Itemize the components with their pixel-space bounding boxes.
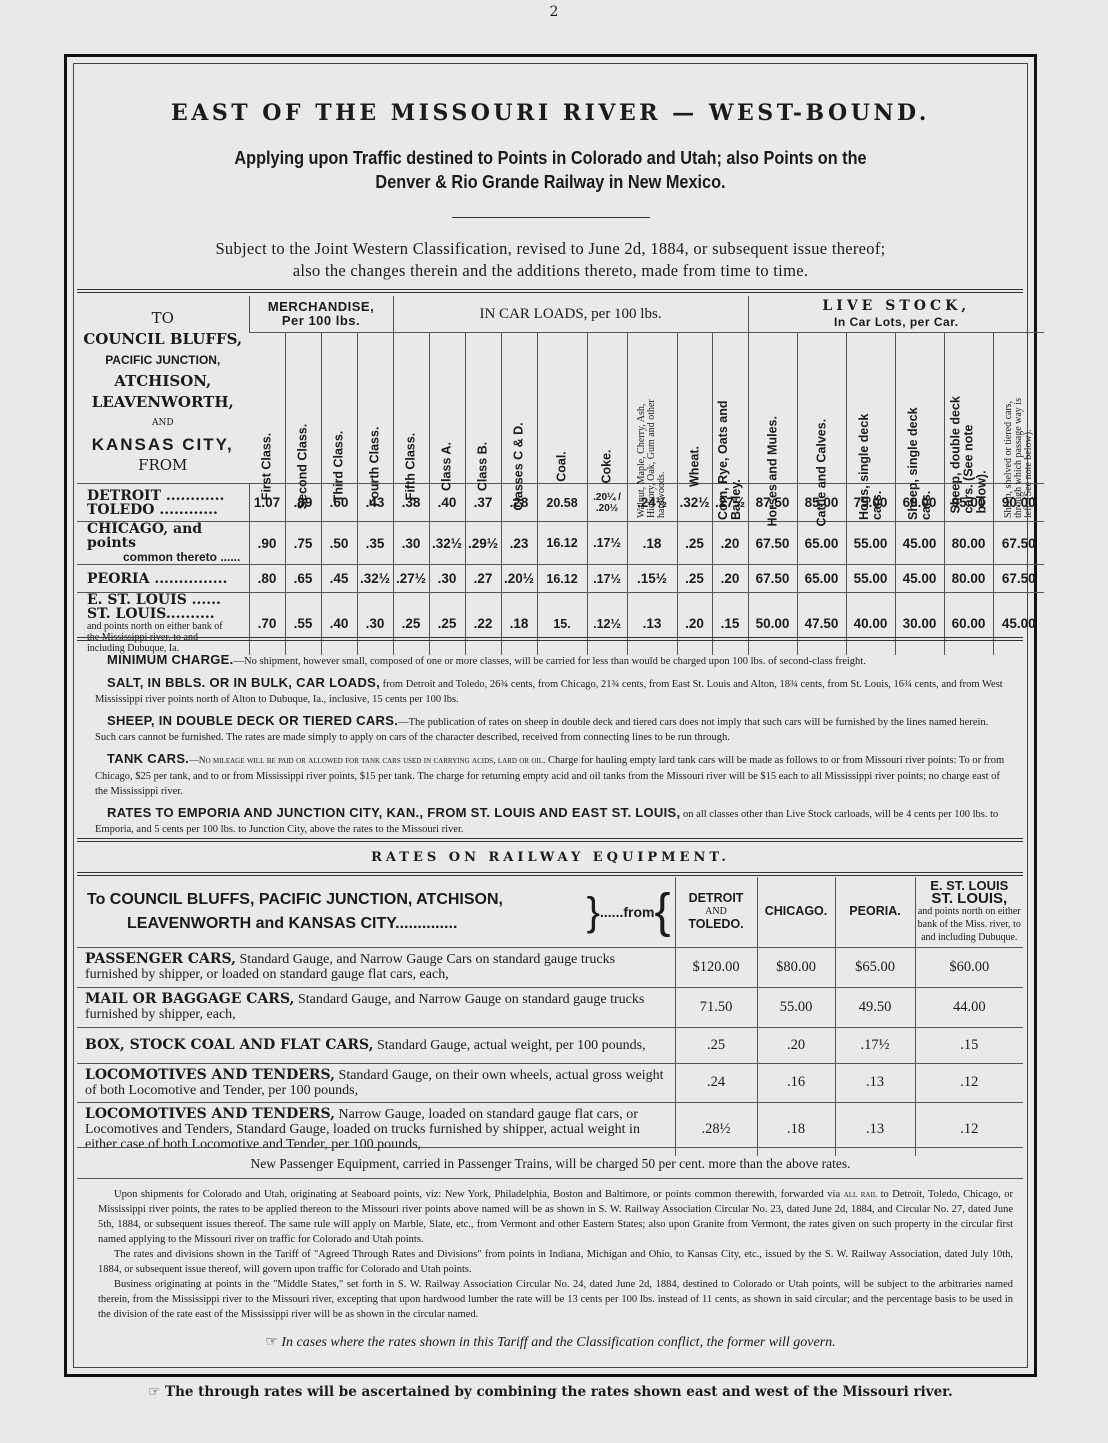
column-header: Coke. — [587, 333, 627, 484]
tank-caps: —No mileage will be paid or allowed for … — [189, 756, 545, 766]
equipment-to-line-1: To COUNCIL BLUFFS, PACIFIC JUNCTION, ATC… — [87, 888, 587, 912]
equipment-to-line-2: LEAVENWORTH and KANSAS CITY.............… — [87, 912, 587, 936]
brace-icon: { — [654, 892, 674, 932]
equipment-type-label: MAIL OR BAGGAGE CARS, — [85, 991, 294, 1007]
equipment-row: MAIL OR BAGGAGE CARS, Standard Gauge, an… — [77, 987, 1023, 1027]
subtitle: Applying upon Traffic destined to Points… — [130, 146, 970, 194]
rate-cell: .40 — [321, 593, 357, 655]
column-header-label: Class A. — [441, 442, 454, 491]
rate-cell: .55 — [285, 593, 321, 655]
merchandise-label: MERCHANDISE, — [250, 300, 393, 314]
st-louis-label: ST. LOUIS, — [916, 892, 1024, 905]
tank-label: TANK CARS. — [107, 751, 189, 766]
equipment-rate-cell: $80.00 — [757, 947, 835, 987]
livestock-sub: In Car Lots, per Car. — [749, 314, 1045, 330]
equipment-description: MAIL OR BAGGAGE CARS, Standard Gauge, an… — [77, 987, 675, 1027]
column-header-label: Hogs, single deck cars. — [858, 400, 884, 520]
origin-line-1: E. ST. LOUIS ...... — [87, 593, 249, 607]
subject-note: Subject to the Joint Western Classificat… — [73, 238, 1028, 282]
footer-notes: Upon shipments for Colorado and Utah, or… — [98, 1187, 1013, 1322]
subject-line-2: also the changes therein and the additio… — [73, 260, 1028, 282]
table-row: CHICAGO, and pointscommon thereto ......… — [77, 522, 1044, 565]
rates-table: TO COUNCIL BLUFFS, PACIFIC JUNCTION, ATC… — [77, 296, 1044, 655]
rate-cell: 80.00 — [944, 565, 993, 593]
origin-line-1: PEORIA ............... — [87, 572, 249, 586]
column-header: Hogs, single deck cars. — [846, 333, 895, 484]
column-header-label: Coal. — [556, 451, 569, 482]
subtitle-line-2: Denver & Rio Grande Railway in New Mexic… — [130, 170, 970, 194]
equipment-rate-cell: 44.00 — [915, 987, 1023, 1027]
from-label: FROM — [77, 455, 249, 476]
rate-cell: .35 — [357, 522, 393, 565]
equipment-rate-cell: 71.50 — [675, 987, 757, 1027]
equipment-row: PASSENGER CARS, Standard Gauge, and Narr… — [77, 947, 1023, 987]
livestock-group-header: LIVE STOCK, In Car Lots, per Car. — [748, 296, 1044, 333]
rate-cell: .90 — [249, 522, 285, 565]
column-header: Classes C & D. — [501, 333, 537, 484]
column-header-label: Fourth Class. — [369, 427, 382, 507]
col-st-louis: E. ST. LOUIS ST. LOUIS, and points north… — [915, 877, 1023, 947]
rate-cell: 67.50 — [748, 522, 797, 565]
equipment-top-rule — [77, 838, 1023, 842]
rate-cell: .65 — [285, 565, 321, 593]
column-header: Wheat. — [677, 333, 712, 484]
column-header-label: Walnut, Maple, Cherry, Ash, Hickory, Oak… — [637, 398, 667, 518]
equipment-rate-cell: .24 — [675, 1063, 757, 1102]
column-header-label: Sheep, double deck cars. (See note below… — [949, 394, 988, 514]
st-louis-note: and points north on either bank of the M… — [916, 905, 1024, 944]
sheep-label: SHEEP, IN DOUBLE DECK OR TIERED CARS. — [107, 713, 398, 728]
column-header-label: Coke. — [601, 449, 614, 483]
equipment-rate-cell: $65.00 — [835, 947, 915, 987]
rate-cell: .29½ — [465, 522, 501, 565]
note-tank-cars: TANK CARS.—No mileage will be paid or al… — [95, 751, 1010, 799]
equipment-description: BOX, STOCK COAL AND FLAT CARS, Standard … — [77, 1027, 675, 1063]
equipment-header-rule — [77, 872, 1023, 876]
table-row: E. ST. LOUIS ......ST. LOUIS..........an… — [77, 593, 1044, 655]
equipment-rate-cell: $120.00 — [675, 947, 757, 987]
rate-cell: .20 — [677, 593, 712, 655]
rate-cell: .25 — [429, 593, 465, 655]
to-label: TO — [77, 308, 249, 329]
equipment-rate-cell: 55.00 — [757, 987, 835, 1027]
column-header: Coal. — [537, 333, 587, 484]
column-header: Fourth Class. — [357, 333, 393, 484]
note-minimum-charge: MINIMUM CHARGE.—No shipment, however sma… — [95, 652, 1010, 669]
dest-council-bluffs: COUNCIL BLUFFS, — [77, 329, 249, 350]
rate-cell: 55.00 — [846, 565, 895, 593]
table-bottom-rule — [77, 637, 1023, 641]
column-header: Second Class. — [285, 333, 321, 484]
rate-cell: 45.00 — [895, 522, 944, 565]
origin-line-1: CHICAGO, and points — [87, 522, 249, 550]
subject-line-1: Subject to the Joint Western Classificat… — [73, 238, 1028, 260]
equipment-rate-cell: .20 — [757, 1027, 835, 1063]
rate-cell: 67.50 — [993, 522, 1044, 565]
rate-cell: 65.00 — [797, 565, 846, 593]
column-header: Sheep, double deck cars. (See note below… — [944, 333, 993, 484]
column-header-label: Sheep, single deck cars. — [907, 400, 933, 520]
footer-rule — [77, 1178, 1023, 1179]
column-header: Walnut, Maple, Cherry, Ash, Hickory, Oak… — [627, 333, 677, 484]
col-detroit-toledo: DETROIT AND TOLEDO. — [675, 877, 757, 947]
rate-cell: .25 — [393, 593, 429, 655]
rate-cell: .20 — [712, 565, 748, 593]
rate-cell: 40.00 — [846, 593, 895, 655]
equipment-row: BOX, STOCK COAL AND FLAT CARS, Standard … — [77, 1027, 1023, 1063]
conflict-note: ☞ In cases where the rates shown in this… — [73, 1334, 1028, 1351]
footer-paragraph-3: Business originating at points in the "M… — [98, 1277, 1013, 1322]
equipment-rate-cell: .13 — [835, 1063, 915, 1102]
rate-cell: .27 — [465, 565, 501, 593]
rate-cell: .32½ — [429, 522, 465, 565]
page-title: EAST OF THE MISSOURI RIVER — WEST-BOUND. — [73, 100, 1028, 126]
rate-cell: .20 — [712, 522, 748, 565]
column-header-label: Fifth Class. — [405, 433, 418, 500]
rate-cell: 60.00 — [944, 593, 993, 655]
rate-cell: .12½ — [587, 593, 627, 655]
column-header: Sheep, shelved or tiered cars, through w… — [993, 333, 1044, 484]
livestock-label: LIVE STOCK, — [749, 298, 1045, 314]
table-top-rule — [77, 289, 1023, 293]
column-header: Cattle and Calves. — [797, 333, 846, 484]
conflict-text: In cases where the rates shown in this T… — [281, 1335, 835, 1350]
destination-header: TO COUNCIL BLUFFS, PACIFIC JUNCTION, ATC… — [77, 296, 249, 484]
equipment-description: LOCOMOTIVES AND TENDERS, Standard Gauge,… — [77, 1063, 675, 1102]
column-header: Class B. — [465, 333, 501, 484]
rate-cell: .15½ — [627, 565, 677, 593]
divider — [452, 217, 650, 218]
row-origin-label: E. ST. LOUIS ......ST. LOUIS..........an… — [77, 593, 249, 655]
equipment-table: To COUNCIL BLUFFS, PACIFIC JUNCTION, ATC… — [77, 877, 1023, 1156]
col-chicago: CHICAGO. — [757, 877, 835, 947]
column-header-label: Class B. — [477, 442, 490, 491]
rate-cell: .30 — [357, 593, 393, 655]
footer-p1-a: Upon shipments for Colorado and Utah, or… — [114, 1189, 844, 1200]
minimum-charge-label: MINIMUM CHARGE. — [107, 652, 234, 667]
column-header-label: Sheep, shelved or tiered cars, through w… — [1004, 398, 1034, 518]
and-label: AND — [77, 413, 249, 434]
minimum-charge-text: —No shipment, however small, composed of… — [234, 656, 866, 667]
rate-cell: .23 — [501, 522, 537, 565]
rate-cell: .50 — [321, 522, 357, 565]
footer-p1-caps: all rail — [844, 1189, 877, 1200]
note-emporia: RATES TO EMPORIA AND JUNCTION CITY, KAN.… — [95, 805, 1010, 837]
origin-line-2: ST. LOUIS.......... — [87, 607, 249, 621]
table-row: PEORIA ................80.65.45.32½.27½.… — [77, 565, 1044, 593]
rate-cell: .17½ — [587, 522, 627, 565]
rate-cell: 67.50 — [748, 565, 797, 593]
column-header-label: Corn, Rye, Oats and Barley. — [717, 400, 743, 520]
rate-cell: .70 — [249, 593, 285, 655]
origin-line-2: TOLEDO ............ — [87, 503, 249, 517]
rate-cell: .13 — [627, 593, 677, 655]
dest-pacific-junction: PACIFIC JUNCTION, — [77, 350, 249, 371]
column-header-label: Wheat. — [688, 446, 701, 487]
rate-cell: 16.12 — [537, 565, 587, 593]
subtitle-line-1: Applying upon Traffic destined to Points… — [130, 146, 970, 170]
dest-kansas-city: KANSAS CITY, — [77, 434, 249, 455]
rate-cell: .27½ — [393, 565, 429, 593]
equipment-from-label: ......from — [600, 900, 654, 924]
column-header-label: Third Class. — [333, 431, 346, 503]
rate-cell: .45 — [321, 565, 357, 593]
rate-cell: .30 — [429, 565, 465, 593]
page-number: 2 — [0, 4, 1108, 20]
equipment-destination-header: To COUNCIL BLUFFS, PACIFIC JUNCTION, ATC… — [77, 877, 675, 947]
column-header: Third Class. — [321, 333, 357, 484]
equipment-type-label: LOCOMOTIVES AND TENDERS, — [85, 1106, 335, 1122]
rate-cell: .32½ — [357, 565, 393, 593]
row-origin-label: CHICAGO, and pointscommon thereto ...... — [77, 522, 249, 565]
rate-cell: 55.00 — [846, 522, 895, 565]
notes-section: MINIMUM CHARGE.—No shipment, however sma… — [95, 652, 1010, 843]
rate-cell: 30.00 — [895, 593, 944, 655]
merchandise-group-header: MERCHANDISE, Per 100 lbs. — [249, 296, 393, 333]
note-sheep: SHEEP, IN DOUBLE DECK OR TIERED CARS.—Th… — [95, 713, 1010, 745]
column-header: First Class. — [249, 333, 285, 484]
rate-cell: 45.00 — [993, 593, 1044, 655]
rate-cell: .20¼ / .20½ — [587, 484, 627, 522]
dest-atchison: ATCHISON, — [77, 371, 249, 392]
footer-paragraph-2: The rates and divisions shown in the Tar… — [98, 1247, 1013, 1277]
rate-cell: .17½ — [587, 565, 627, 593]
rate-cell: 16.12 — [537, 522, 587, 565]
detroit-label: DETROIT — [676, 892, 757, 905]
column-header: Fifth Class. — [393, 333, 429, 484]
rate-cell: 47.50 — [797, 593, 846, 655]
rate-cell: 45.00 — [895, 565, 944, 593]
rate-cell: .25 — [677, 522, 712, 565]
rate-cell: .20½ — [501, 565, 537, 593]
through-rates-text: The through rates will be ascertained by… — [165, 1384, 953, 1400]
rate-cell: .30 — [393, 522, 429, 565]
rate-cell: 67.50 — [993, 565, 1044, 593]
rate-cell: .15 — [712, 593, 748, 655]
equipment-title: RATES ON RAILWAY EQUIPMENT. — [73, 850, 1028, 865]
equipment-rate-cell: $60.00 — [915, 947, 1023, 987]
rate-cell: 65.00 — [797, 522, 846, 565]
rate-cell: .75 — [285, 522, 321, 565]
merchandise-sub: Per 100 lbs. — [250, 314, 393, 328]
rate-cell: 80.00 — [944, 522, 993, 565]
rate-cell: 15. — [537, 593, 587, 655]
origin-line-1: DETROIT ............ — [87, 489, 249, 503]
carloads-group-header: IN CAR LOADS, per 100 lbs. — [393, 296, 748, 333]
equipment-type-text: Standard Gauge, actual weight, per 100 p… — [373, 1038, 645, 1053]
col-peoria: PEORIA. — [835, 877, 915, 947]
rate-cell: .32½ — [677, 484, 712, 522]
footer-paragraph-1: Upon shipments for Colorado and Utah, or… — [98, 1187, 1013, 1247]
column-header-label: Classes C & D. — [513, 422, 526, 510]
pointing-hand-icon: ☞ — [148, 1384, 160, 1400]
salt-label: SALT, IN BBLS. OR IN BULK, CAR LOADS, — [107, 675, 380, 690]
toledo-label: TOLEDO. — [676, 918, 757, 931]
pointing-hand-icon: ☞ — [265, 1335, 278, 1350]
equipment-description: PASSENGER CARS, Standard Gauge, and Narr… — [77, 947, 675, 987]
column-header-label: Second Class. — [297, 424, 310, 509]
equipment-rate-cell: .17½ — [835, 1027, 915, 1063]
equipment-rate-cell: .16 — [757, 1063, 835, 1102]
equipment-bottom-rule — [77, 1147, 1023, 1148]
rate-cell: .25 — [677, 565, 712, 593]
equipment-row: LOCOMOTIVES AND TENDERS, Standard Gauge,… — [77, 1063, 1023, 1102]
equipment-type-label: PASSENGER CARS, — [85, 951, 236, 967]
rate-cell: .22 — [465, 593, 501, 655]
equipment-rate-cell: .15 — [915, 1027, 1023, 1063]
column-header: Sheep, single deck cars. — [895, 333, 944, 484]
brace-icon: } — [587, 892, 600, 932]
equipment-type-label: BOX, STOCK COAL AND FLAT CARS, — [85, 1037, 373, 1053]
note-salt: SALT, IN BBLS. OR IN BULK, CAR LOADS, fr… — [95, 675, 1010, 707]
column-header: Horses and Mules. — [748, 333, 797, 484]
rate-cell: .80 — [249, 565, 285, 593]
column-header: Class A. — [429, 333, 465, 484]
column-header-label: Horses and Mules. — [766, 407, 779, 527]
through-rates-note: ☞ The through rates will be ascertained … — [73, 1384, 1028, 1400]
rate-cell: 20.58 — [537, 484, 587, 522]
column-header: Corn, Rye, Oats and Barley. — [712, 333, 748, 484]
equipment-rate-cell: .25 — [675, 1027, 757, 1063]
equipment-rate-cell: 49.50 — [835, 987, 915, 1027]
row-origin-label: PEORIA ............... — [77, 565, 249, 593]
origin-line-2: common thereto ...... — [87, 550, 249, 564]
emporia-label: RATES TO EMPORIA AND JUNCTION CITY, KAN.… — [107, 805, 680, 820]
equipment-type-label: LOCOMOTIVES AND TENDERS, — [85, 1067, 335, 1083]
column-header-label: First Class. — [260, 433, 273, 500]
row-origin-label: DETROIT ............TOLEDO ............ — [77, 484, 249, 522]
rate-cell: .18 — [501, 593, 537, 655]
new-passenger-note: New Passenger Equipment, carried in Pass… — [73, 1156, 1028, 1172]
dest-leavenworth: LEAVENWORTH, — [77, 392, 249, 413]
equipment-rate-cell: .12 — [915, 1063, 1023, 1102]
rate-cell: 50.00 — [748, 593, 797, 655]
rate-cell: .18 — [627, 522, 677, 565]
table-row: DETROIT ............TOLEDO ............1… — [77, 484, 1044, 522]
column-header-label: Cattle and Calves. — [815, 407, 828, 527]
